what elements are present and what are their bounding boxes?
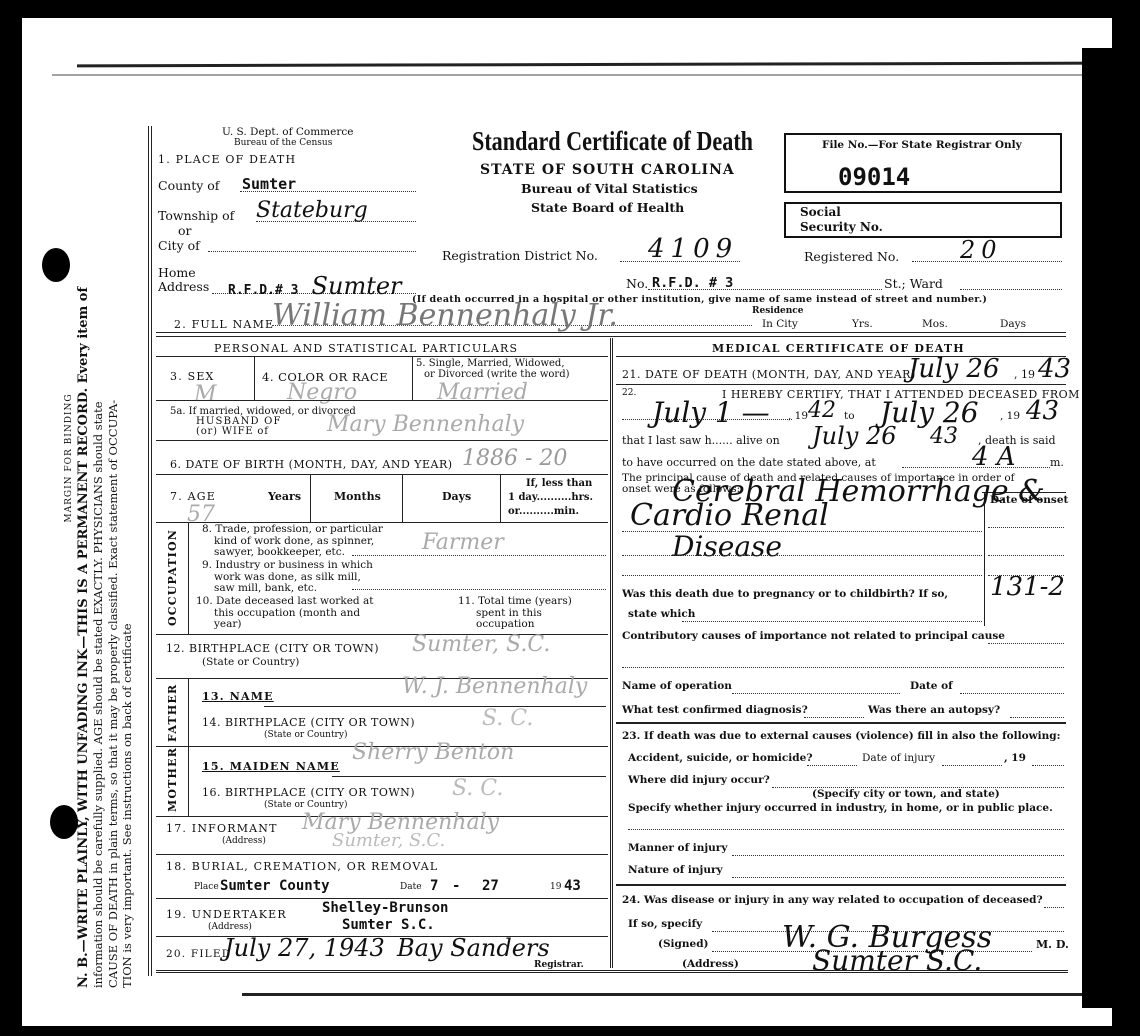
where-label: Where did injury occur? [628,774,770,786]
m-label: m. [1050,456,1064,469]
occupation-value[interactable]: Farmer [422,530,504,555]
pregnancy-label: Was this death due to pregnancy or to ch… [622,588,948,600]
divider [616,722,1066,724]
registered-no-value: 20 [912,236,1003,264]
operation-date-field[interactable] [960,692,1064,694]
dod-label: 21. DATE OF DEATH (month, day, and year) [622,368,916,381]
father-name-label: 13. NAME [202,690,274,703]
scan-edge [1082,48,1112,1008]
full-name-label: 2. FULL NAME [174,318,274,331]
injury-year-prefix: , 19 [1004,752,1026,764]
street-no-label: No. [626,276,648,291]
personal-heading: PERSONAL AND STATISTICAL PARTICULARS [214,342,518,355]
last-saw-label: that I last saw h...... alive on [622,434,780,447]
manner-field[interactable] [732,854,1064,856]
birthplace-label: 12. BIRTHPLACE (city or town) [166,642,379,655]
divider [188,746,189,816]
onset-line [988,526,1064,528]
registrar-label: Registrar. [534,960,584,970]
attended-from[interactable]: July 1 — [652,396,770,429]
father-bp-label: (State or Country) [264,730,347,740]
lt-day-label: 1 day..........hrs. [508,492,593,503]
informant-address-value[interactable]: Sumter, S.C. [332,830,445,851]
contributory-field[interactable] [622,666,1064,668]
informant-address-label: (Address) [222,836,266,846]
undertaker-value[interactable]: Shelley-Brunson [322,900,448,916]
lt-day-label: If, less than [526,478,592,489]
onset-column-divider [984,492,985,626]
residence-label: Residence [752,306,803,316]
mother-bp-value[interactable]: S. C. [452,776,503,801]
divider [156,474,608,475]
dod-year[interactable]: 43 [1038,354,1071,384]
bureau-label: Bureau of the Census [234,138,332,148]
occurred-label: to have occurred on the date stated abov… [622,456,876,469]
cause-line-2[interactable]: Cardio Renal [630,498,829,533]
city-label: City of [158,238,200,253]
divider [402,474,403,522]
onset-line [988,554,1064,556]
dept-label: U. S. Dept. of Commerce [222,126,353,138]
certify-number: 22. [622,388,636,398]
days-label: Days [1000,318,1026,330]
margin-caption: MARGIN FOR BINDING [62,128,77,988]
pregnancy-field[interactable] [682,620,982,622]
attended-from-year[interactable]: 42 [808,398,836,423]
or-label: or [178,223,192,238]
yrs-label: Yrs. [852,318,873,330]
divider [188,522,189,634]
occ10-line: 10. Date deceased last worked at [196,596,373,608]
margin-line: N. B.—WRITE PLAINLY, WITH UNFADING INK—T… [77,128,92,988]
physician-address-label: (Address) [682,958,739,970]
margin-line: TION is very important. See instructions… [120,128,135,988]
occ11-line: 11. Total time (years) [458,596,572,608]
burial-place-label: Place [194,882,219,892]
divider [156,854,608,855]
spouse-label: (or) WIFE of [196,426,269,437]
marital-label: or Divorced (write the word) [424,369,570,380]
burial-year-prefix: 19 [550,882,561,892]
nature-field[interactable] [732,876,1064,878]
divider [156,336,1066,337]
ssn-box[interactable]: Social Security No. [784,202,1062,238]
mos-label: Mos. [922,318,948,330]
county-label: County of [158,178,219,193]
margin-line: CAUSE OF DEATH in plain terms, so that i… [106,128,121,988]
margin-instructions: MARGIN FOR BINDING N. B.—WRITE PLAINLY, … [62,128,146,988]
date-injury-label: Date of injury [862,752,935,764]
nature-label: Nature of injury [628,864,723,876]
divider [616,384,1066,385]
md-label: M. D. [1036,938,1069,951]
age-months-label: Months [334,490,381,503]
year-prefix: , 19 [788,410,808,422]
township-field[interactable]: Stateburg [256,198,416,222]
date-injury-field[interactable] [942,764,1002,766]
undertaker-label: 19. UNDERTAKER [166,908,287,921]
home-address-field[interactable]: R.F.D.# 3 Sumter [212,272,416,294]
divider [500,474,501,522]
file-number-box: File No.—For State Registrar Only 09014 [784,133,1062,193]
undertaker-address-value[interactable]: Sumter S.C. [342,917,435,933]
reg-district-field[interactable]: 4109 [620,234,740,262]
father-name-value[interactable]: W. J. Bennenhaly [402,674,587,699]
dod-year-prefix: , 19 [1014,368,1035,381]
occ11-line: occupation [458,619,572,631]
to-label: to [844,410,855,422]
marital-label: 5. Single, Married, Widowed, [416,358,565,369]
injury-year-field[interactable] [1032,764,1064,766]
city-field[interactable] [208,236,416,252]
dob-value[interactable]: 1886 - 20 [462,446,567,471]
home-address-value: R.F.D.# 3 [212,283,298,298]
father-bp-value[interactable]: S. C. [482,706,533,731]
registered-no-label: Registered No. [804,249,899,264]
cause-line [622,554,982,556]
attended-to-year[interactable]: 43 [1026,396,1059,426]
operation-date-label: Date of [910,680,953,692]
file-no-label: File No.—For State Registrar Only [822,139,1022,151]
divider [412,356,413,400]
county-field[interactable]: Sumter [240,174,416,192]
full-name-value: William Bennenhaly Jr. [272,298,618,333]
divider [254,356,255,400]
burial-date-label: Date [400,882,422,892]
divider [156,332,1066,333]
registered-no-field[interactable]: 20 [912,236,1062,262]
occ10-line: year) [196,619,373,631]
dob-label: 6. DATE OF BIRTH (Month, day, and year) [170,458,453,471]
divider [188,678,189,746]
divider [264,706,606,707]
year-prefix: , 19 [1000,410,1020,422]
burial-place-value[interactable]: Sumter County [220,878,330,894]
st-ward-label: St.; Ward [884,276,943,291]
in-city-label: In City [762,318,798,330]
accident-label: Accident, suicide, or homicide? [628,752,812,764]
birthplace-value[interactable]: Sumter, S.C. [412,632,550,657]
divider [156,356,608,357]
home-address-hand: Sumter [304,272,402,300]
physician-address[interactable]: Sumter S.C. [812,944,982,977]
signed-label: (Signed) [658,938,709,950]
column-divider [610,338,613,968]
ward-field[interactable] [960,272,1062,290]
divider [156,440,608,441]
state-name: STATE OF SOUTH CAROLINA [480,162,735,178]
last-saw-year[interactable]: 43 [930,424,958,449]
mother-bp-label: (State or Country) [264,800,347,810]
autopsy-label: Was there an autopsy? [868,704,1000,716]
filed-date[interactable]: July 27, 1943 [224,934,385,962]
cause-code[interactable]: 131-2 [990,572,1065,602]
external-label: 23. If death was due to external causes … [622,730,1060,742]
occ8-line: 8. Trade, profession, or particular [202,524,383,536]
address-label: Address [158,279,209,294]
sex-value[interactable]: M [194,382,217,407]
undertaker-address-label: (Address) [208,922,252,932]
divider [310,474,311,522]
county-value: Sumter [240,175,296,193]
burial-label: 18. BURIAL, CREMATION, OR REMOVAL [166,860,438,873]
township-label: Township of [158,208,234,223]
street-no-value: R.F.D. # 3 [648,275,733,291]
race-value[interactable]: Negro [287,380,357,405]
if-so-label: If so, specify [628,918,702,930]
ssn-label: Social [800,205,841,219]
occ8-line: sawyer, bookkeeper, etc. [202,547,383,559]
place-of-death-heading: 1. PLACE OF DEATH [158,153,296,166]
paper-fold [77,62,1097,68]
specify-city-label: (Specify city or town, and state) [812,788,1000,800]
marital-value[interactable]: Married [437,380,528,405]
burial-day[interactable]: 27 [482,878,499,894]
specify-where-field[interactable] [628,828,1064,830]
manner-label: Manner of injury [628,842,727,854]
lt-day-label: or..........min. [508,506,579,517]
pregnancy-label: state which [628,608,695,620]
birthplace-label: (State or Country) [202,656,299,668]
certificate-title: Standard Certificate of Death [472,126,753,157]
contributory-label: Contributory causes of importance not re… [622,630,1005,642]
township-value: Stateburg [256,198,368,223]
spouse-value[interactable]: Mary Bennenhaly [327,412,524,437]
divider [156,898,608,899]
margin-line: information should be carefully supplied… [91,128,106,988]
occupation-side-label: OCCUPATION [166,530,179,626]
mother-name-label: 15. MAIDEN NAME [202,760,340,773]
registrar-signature[interactable]: Bay Sanders [397,934,550,962]
occ11-label: 11. Total time (years) spent in this occ… [458,596,572,631]
specify-where-label: Specify whether injury occurred in indus… [628,802,1053,814]
ssn-label: Security No. [800,220,883,234]
age-years-label: Years [268,490,301,503]
last-saw-date[interactable]: July 26 [812,422,896,450]
state-board: State Board of Health [531,200,684,215]
occ-related-field[interactable] [1044,906,1064,908]
mother-side-label: MOTHER [166,750,179,812]
burial-year[interactable]: 43 [564,878,581,894]
street-no-field[interactable]: R.F.D. # 3 [648,272,882,290]
reg-district-value: 4109 [620,234,738,264]
father-side-label: FATHER [166,682,179,742]
father-bp-label: 14. BIRTHPLACE (city or town) [202,716,415,729]
full-name-field[interactable]: William Bennenhaly Jr. [272,298,752,326]
test-field[interactable] [804,716,864,718]
home-label: Home [158,265,196,280]
filed-label: 20. FILED [166,948,231,960]
mother-bp-label: 16. BIRTHPLACE (city or town) [202,786,415,799]
occ9-label: 9. Industry or business in which work wa… [202,560,373,595]
test-label: What test confirmed diagnosis? [622,704,808,716]
cause-line-3[interactable]: Disease [672,530,782,563]
occ9-line: saw mill, bank, etc. [202,583,373,595]
onset-line [988,642,1064,644]
occ9-line: 9. Industry or business in which [202,560,373,572]
age-days-label: Days [442,490,471,503]
bureau-vital: Bureau of Vital Statistics [521,181,698,196]
occ10-label: 10. Date deceased last worked at this oc… [196,596,373,631]
death-certificate-form: U. S. Dept. of Commerce Bureau of the Ce… [148,126,1068,976]
divider [616,884,1066,886]
paper-fold [242,993,1102,996]
accident-field[interactable] [807,764,857,766]
paper-fold [52,74,1092,76]
autopsy-field[interactable] [1010,716,1064,718]
operation-field[interactable] [732,692,900,694]
time-of-death[interactable]: 4 A [972,442,1016,472]
dod-value[interactable]: July 26 [908,354,1000,384]
divider [156,400,608,401]
occ9-field[interactable] [352,588,606,590]
occ8-line [352,554,606,556]
cause-line [622,574,982,576]
occ-related-label: 24. Was disease or injury in any way rel… [622,894,1043,906]
reg-district-label: Registration District No. [442,248,598,263]
file-no-value: 09014 [838,163,910,191]
informant-label: 17. INFORMANT [166,822,278,835]
operation-label: Name of operation [622,680,732,692]
burial-month[interactable]: 7 [430,878,438,894]
date-separator: - [452,878,460,894]
mother-name-value[interactable]: Sherry Benton [352,740,514,765]
